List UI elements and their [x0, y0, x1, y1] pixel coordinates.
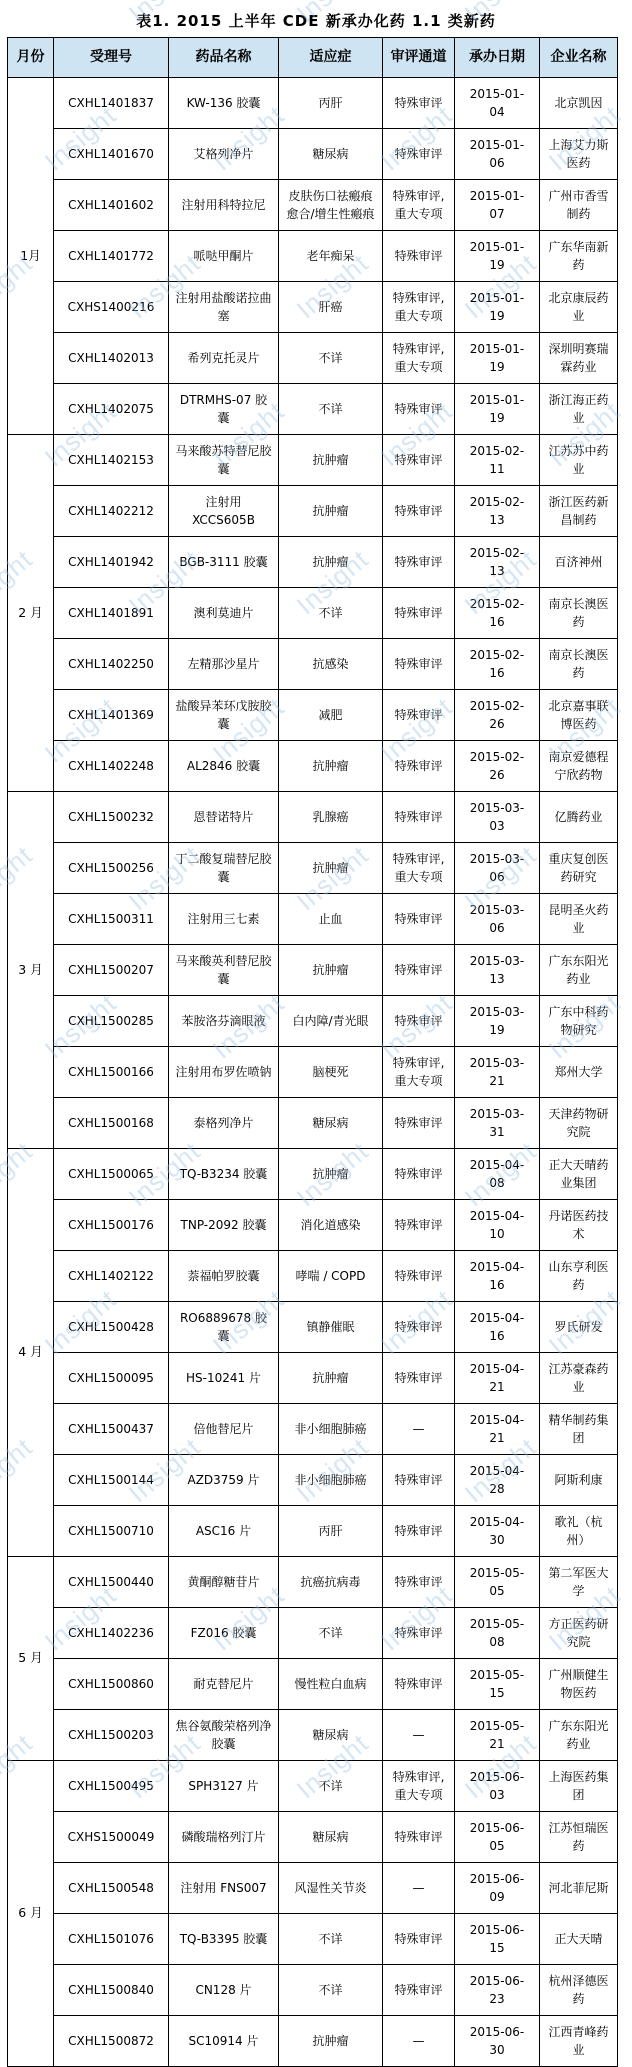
indication-cell: 不详 [279, 384, 383, 435]
accept-date-cell: 2015-03-06 [455, 843, 540, 894]
acceptance-no-cell: CXHL1500232 [54, 792, 169, 843]
indication-cell: 糖尿病 [279, 1812, 383, 1863]
table-row: CXHS1500049磷酸瑞格列汀片糖尿病特殊审评2015-06-05江苏恒瑞医… [8, 1812, 618, 1863]
review-channel-cell: 特殊审评 [383, 1455, 455, 1506]
table-row: 2 月CXHL1402153马来酸苏特替尼胶囊抗肿瘤特殊审评2015-02-11… [8, 435, 618, 486]
accept-date-cell: 2015-02-26 [455, 741, 540, 792]
indication-cell: 不详 [279, 333, 383, 384]
drug-name-cell: 马来酸苏特替尼胶囊 [169, 435, 279, 486]
drug-name-cell: TNP-2092 胶囊 [169, 1200, 279, 1251]
indication-cell: 抗肿瘤 [279, 843, 383, 894]
table-row: CXHL1401891澳利莫迪片不详特殊审评2015-02-16南京长澳医药 [8, 588, 618, 639]
company-cell: 重庆复创医药研究 [540, 843, 618, 894]
acceptance-no-cell: CXHL1402075 [54, 384, 169, 435]
indication-cell: 丙肝 [279, 78, 383, 129]
table-row: CXHL1500872SC10914 片抗肿瘤—2015-06-30江西青峰药业 [8, 2016, 618, 2067]
table-row: CXHL1402250左精那沙星片抗感染特殊审评2015-02-16南京长澳医药 [8, 639, 618, 690]
drug-name-cell: 注射用XCCS605B [169, 486, 279, 537]
company-cell: 南京长澳医药 [540, 639, 618, 690]
indication-cell: 消化道感染 [279, 1200, 383, 1251]
drug-name-cell: 注射用科特拉尼 [169, 180, 279, 231]
drug-name-cell: 丁二酸复瑞替尼胶囊 [169, 843, 279, 894]
review-channel-cell: 特殊审评 [383, 894, 455, 945]
accept-date-cell: 2015-06-30 [455, 2016, 540, 2067]
company-cell: 北京康辰药业 [540, 282, 618, 333]
accept-date-cell: 2015-01-07 [455, 180, 540, 231]
indication-cell: 脑梗死 [279, 1047, 383, 1098]
indication-cell: 不详 [279, 1608, 383, 1659]
table-row: CXHL1501076TQ-B3395 胶囊不详特殊审评2015-06-15正大… [8, 1914, 618, 1965]
drug-name-cell: KW-136 胶囊 [169, 78, 279, 129]
accept-date-cell: 2015-04-30 [455, 1506, 540, 1557]
review-channel-cell: 特殊审评 [383, 945, 455, 996]
company-cell: 广东中科药物研究 [540, 996, 618, 1047]
review-channel-cell: 特殊审评,重大专项 [383, 180, 455, 231]
company-cell: 歌礼（杭州） [540, 1506, 618, 1557]
drug-name-cell: 哌哒甲酮片 [169, 231, 279, 282]
drug-name-cell: 盐酸异苯环戊胺胶囊 [169, 690, 279, 741]
review-channel-cell: 特殊审评 [383, 741, 455, 792]
accept-date-cell: 2015-03-03 [455, 792, 540, 843]
accept-date-cell: 2015-06-23 [455, 1965, 540, 2016]
accept-date-cell: 2015-06-03 [455, 1761, 540, 1812]
accept-date-cell: 2015-04-21 [455, 1353, 540, 1404]
acceptance-no-cell: CXHL1500440 [54, 1557, 169, 1608]
drug-name-cell: 焦谷氨酸荣格列净胶囊 [169, 1710, 279, 1761]
company-cell: 广东东阳光药业 [540, 1710, 618, 1761]
accept-date-cell: 2015-04-28 [455, 1455, 540, 1506]
accept-date-cell: 2015-03-21 [455, 1047, 540, 1098]
company-cell: 北京嘉事联博医药 [540, 690, 618, 741]
review-channel-cell: 特殊审评,重大专项 [383, 1761, 455, 1812]
acceptance-no-cell: CXHL1500437 [54, 1404, 169, 1455]
company-cell: 北京凯因 [540, 78, 618, 129]
indication-cell: 不详 [279, 1761, 383, 1812]
review-channel-cell: 特殊审评,重大专项 [383, 282, 455, 333]
drug-name-cell: HS-10241 片 [169, 1353, 279, 1404]
acceptance-no-cell: CXHL1402212 [54, 486, 169, 537]
indication-cell: 抗肿瘤 [279, 2016, 383, 2067]
acceptance-no-cell: CXHL1500065 [54, 1149, 169, 1200]
acceptance-no-cell: CXHL1500203 [54, 1710, 169, 1761]
company-cell: 山东亨利医药 [540, 1251, 618, 1302]
table-row: CXHL1500144AZD3759 片非小细胞肺癌特殊审评2015-04-28… [8, 1455, 618, 1506]
review-channel-cell: 特殊审评 [383, 1251, 455, 1302]
company-cell: 阿斯利康 [540, 1455, 618, 1506]
review-channel-cell: 特殊审评 [383, 792, 455, 843]
review-channel-cell: 特殊审评 [383, 1098, 455, 1149]
review-channel-cell: 特殊审评 [383, 129, 455, 180]
company-cell: 广州市香雪制药 [540, 180, 618, 231]
drug-table: 月份 受理号 药品名称 适应症 审评通道 承办日期 企业名称 1月CXHL140… [7, 37, 618, 2067]
review-channel-cell: — [383, 1404, 455, 1455]
month-cell: 6 月 [8, 1761, 54, 2067]
col-header-date: 承办日期 [455, 38, 540, 78]
review-channel-cell: 特殊审评 [383, 639, 455, 690]
review-channel-cell: 特殊审评 [383, 231, 455, 282]
accept-date-cell: 2015-01-19 [455, 384, 540, 435]
indication-cell: 白内障/青光眼 [279, 996, 383, 1047]
drug-name-cell: 磷酸瑞格列汀片 [169, 1812, 279, 1863]
company-cell: 精华制药集团 [540, 1404, 618, 1455]
drug-name-cell: 黄酮醇糖苷片 [169, 1557, 279, 1608]
acceptance-no-cell: CXHL1402236 [54, 1608, 169, 1659]
table-body: 1月CXHL1401837KW-136 胶囊丙肝特殊审评2015-01-04北京… [8, 78, 618, 2067]
indication-cell: 止血 [279, 894, 383, 945]
table-row: 3 月CXHL1500232恩替诺特片乳腺癌特殊审评2015-03-03亿腾药业 [8, 792, 618, 843]
table-row: CXHL1500203焦谷氨酸荣格列净胶囊糖尿病—2015-05-21广东东阳光… [8, 1710, 618, 1761]
company-cell: 深圳明赛瑞霖药业 [540, 333, 618, 384]
company-cell: 郑州大学 [540, 1047, 618, 1098]
company-cell: 罗氏研发 [540, 1302, 618, 1353]
accept-date-cell: 2015-03-31 [455, 1098, 540, 1149]
table-row: CXHL1500166注射用布罗佐喷钠脑梗死特殊审评,重大专项2015-03-2… [8, 1047, 618, 1098]
drug-name-cell: SC10914 片 [169, 2016, 279, 2067]
review-channel-cell: 特殊审评 [383, 1353, 455, 1404]
accept-date-cell: 2015-03-13 [455, 945, 540, 996]
company-cell: 正大天晴药业集团 [540, 1149, 618, 1200]
review-channel-cell: 特殊审评 [383, 690, 455, 741]
table-row: 4 月CXHL1500065TQ-B3234 胶囊抗肿瘤特殊审评2015-04-… [8, 1149, 618, 1200]
indication-cell: 抗肿瘤 [279, 741, 383, 792]
review-channel-cell: 特殊审评 [383, 1659, 455, 1710]
month-cell: 1月 [8, 78, 54, 435]
review-channel-cell: 特殊审评 [383, 588, 455, 639]
table-row: CXHL1402122萘福帕罗胶囊哮喘 / COPD特殊审评2015-04-16… [8, 1251, 618, 1302]
company-cell: 广州顺健生物医药 [540, 1659, 618, 1710]
company-cell: 南京长澳医药 [540, 588, 618, 639]
accept-date-cell: 2015-05-05 [455, 1557, 540, 1608]
acceptance-no-cell: CXHL1500872 [54, 2016, 169, 2067]
drug-name-cell: 恩替诺特片 [169, 792, 279, 843]
acceptance-no-cell: CXHL1402248 [54, 741, 169, 792]
col-header-channel: 审评通道 [383, 38, 455, 78]
acceptance-no-cell: CXHL1500548 [54, 1863, 169, 1914]
accept-date-cell: 2015-06-15 [455, 1914, 540, 1965]
review-channel-cell: — [383, 1863, 455, 1914]
drug-name-cell: DTRMHS-07 胶囊 [169, 384, 279, 435]
page: InsightInsightInsightInsightInsightInsig… [0, 0, 632, 2067]
indication-cell: 抗肿瘤 [279, 1149, 383, 1200]
drug-name-cell: ASC16 片 [169, 1506, 279, 1557]
accept-date-cell: 2015-01-19 [455, 282, 540, 333]
table-row: CXHL1500168泰格列净片糖尿病特殊审评2015-03-31天津药物研究院 [8, 1098, 618, 1149]
drug-name-cell: AL2846 胶囊 [169, 741, 279, 792]
table-row: CXHL1500095HS-10241 片抗肿瘤特殊审评2015-04-21江苏… [8, 1353, 618, 1404]
accept-date-cell: 2015-05-15 [455, 1659, 540, 1710]
table-row: CXHS1400216注射用盐酸诺拉曲塞肝癌特殊审评,重大专项2015-01-1… [8, 282, 618, 333]
drug-name-cell: RO6889678 胶囊 [169, 1302, 279, 1353]
acceptance-no-cell: CXHL1501076 [54, 1914, 169, 1965]
indication-cell: 抗感染 [279, 639, 383, 690]
acceptance-no-cell: CXHL1500840 [54, 1965, 169, 2016]
drug-name-cell: 注射用 FNS007 [169, 1863, 279, 1914]
table-row: CXHL1402212注射用XCCS605B抗肿瘤特殊审评2015-02-13浙… [8, 486, 618, 537]
company-cell: 天津药物研究院 [540, 1098, 618, 1149]
company-cell: 亿腾药业 [540, 792, 618, 843]
drug-name-cell: SPH3127 片 [169, 1761, 279, 1812]
table-row: CXHL1500437倍他替尼片非小细胞肺癌—2015-04-21精华制药集团 [8, 1404, 618, 1455]
accept-date-cell: 2015-02-13 [455, 486, 540, 537]
acceptance-no-cell: CXHL1401891 [54, 588, 169, 639]
indication-cell: 不详 [279, 1965, 383, 2016]
table-row: CXHL1500840CN128 片不详特殊审评2015-06-23杭州泽德医药 [8, 1965, 618, 2016]
acceptance-no-cell: CXHL1401670 [54, 129, 169, 180]
acceptance-no-cell: CXHL1500144 [54, 1455, 169, 1506]
acceptance-no-cell: CXHL1500285 [54, 996, 169, 1047]
review-channel-cell: 特殊审评 [383, 1149, 455, 1200]
indication-cell: 抗肿瘤 [279, 945, 383, 996]
table-row: CXHL1500256丁二酸复瑞替尼胶囊抗肿瘤特殊审评,重大专项2015-03-… [8, 843, 618, 894]
acceptance-no-cell: CXHL1500311 [54, 894, 169, 945]
acceptance-no-cell: CXHL1500710 [54, 1506, 169, 1557]
review-channel-cell: 特殊审评,重大专项 [383, 843, 455, 894]
acceptance-no-cell: CXHL1500428 [54, 1302, 169, 1353]
indication-cell: 乳腺癌 [279, 792, 383, 843]
col-header-month: 月份 [8, 38, 54, 78]
drug-name-cell: CN128 片 [169, 1965, 279, 2016]
company-cell: 广东东阳光药业 [540, 945, 618, 996]
drug-name-cell: 左精那沙星片 [169, 639, 279, 690]
table-row: CXHL1402075DTRMHS-07 胶囊不详特殊审评2015-01-19浙… [8, 384, 618, 435]
drug-name-cell: TQ-B3234 胶囊 [169, 1149, 279, 1200]
review-channel-cell: 特殊审评 [383, 1506, 455, 1557]
indication-cell: 抗肿瘤 [279, 537, 383, 588]
company-cell: 广东华南新药 [540, 231, 618, 282]
review-channel-cell: 特殊审评 [383, 1914, 455, 1965]
review-channel-cell: 特殊审评 [383, 1557, 455, 1608]
review-channel-cell: 特殊审评 [383, 1965, 455, 2016]
indication-cell: 慢性粒白血病 [279, 1659, 383, 1710]
indication-cell: 风湿性关节炎 [279, 1863, 383, 1914]
indication-cell: 减肥 [279, 690, 383, 741]
accept-date-cell: 2015-03-06 [455, 894, 540, 945]
drug-name-cell: 希列克托灵片 [169, 333, 279, 384]
drug-name-cell: 倍他替尼片 [169, 1404, 279, 1455]
accept-date-cell: 2015-05-21 [455, 1710, 540, 1761]
acceptance-no-cell: CXHL1500256 [54, 843, 169, 894]
table-row: CXHL1500311注射用三七素止血特殊审评2015-03-06昆明圣火药业 [8, 894, 618, 945]
col-header-drug: 药品名称 [169, 38, 279, 78]
acceptance-no-cell: CXHL1401602 [54, 180, 169, 231]
indication-cell: 糖尿病 [279, 129, 383, 180]
table-row: CXHL1401772哌哒甲酮片老年痴呆特殊审评2015-01-19广东华南新药 [8, 231, 618, 282]
accept-date-cell: 2015-03-19 [455, 996, 540, 1047]
company-cell: 百济神州 [540, 537, 618, 588]
table-row: CXHL1500428RO6889678 胶囊镇静催眠特殊审评2015-04-1… [8, 1302, 618, 1353]
company-cell: 丹诺医药技术 [540, 1200, 618, 1251]
review-channel-cell: 特殊审评 [383, 435, 455, 486]
indication-cell: 非小细胞肺癌 [279, 1404, 383, 1455]
table-row: CXHL1500548注射用 FNS007风湿性关节炎—2015-06-09河北… [8, 1863, 618, 1914]
drug-name-cell: 注射用盐酸诺拉曲塞 [169, 282, 279, 333]
drug-name-cell: TQ-B3395 胶囊 [169, 1914, 279, 1965]
company-cell: 昆明圣火药业 [540, 894, 618, 945]
indication-cell: 非小细胞肺癌 [279, 1455, 383, 1506]
review-channel-cell: 特殊审评 [383, 996, 455, 1047]
company-cell: 江苏苏中药业 [540, 435, 618, 486]
drug-name-cell: FZ016 胶囊 [169, 1608, 279, 1659]
drug-name-cell: 马来酸英利替尼胶囊 [169, 945, 279, 996]
table-row: 6 月CXHL1500495SPH3127 片不详特殊审评,重大专项2015-0… [8, 1761, 618, 1812]
review-channel-cell: — [383, 1710, 455, 1761]
review-channel-cell: 特殊审评 [383, 1200, 455, 1251]
acceptance-no-cell: CXHL1402013 [54, 333, 169, 384]
indication-cell: 糖尿病 [279, 1710, 383, 1761]
drug-name-cell: 澳利莫迪片 [169, 588, 279, 639]
drug-name-cell: 萘福帕罗胶囊 [169, 1251, 279, 1302]
accept-date-cell: 2015-04-16 [455, 1251, 540, 1302]
accept-date-cell: 2015-06-09 [455, 1863, 540, 1914]
table-row: CXHL1402013希列克托灵片不详特殊审评,重大专项2015-01-19深圳… [8, 333, 618, 384]
col-header-company: 企业名称 [540, 38, 618, 78]
accept-date-cell: 2015-02-26 [455, 690, 540, 741]
table-row: CXHL1500176TNP-2092 胶囊消化道感染特殊审评2015-04-1… [8, 1200, 618, 1251]
acceptance-no-cell: CXHS1500049 [54, 1812, 169, 1863]
accept-date-cell: 2015-04-10 [455, 1200, 540, 1251]
company-cell: 江西青峰药业 [540, 2016, 618, 2067]
review-channel-cell: 特殊审评,重大专项 [383, 333, 455, 384]
acceptance-no-cell: CXHL1401369 [54, 690, 169, 741]
acceptance-no-cell: CXHL1500168 [54, 1098, 169, 1149]
indication-cell: 肝癌 [279, 282, 383, 333]
drug-name-cell: 泰格列净片 [169, 1098, 279, 1149]
acceptance-no-cell: CXHL1500166 [54, 1047, 169, 1098]
drug-name-cell: 注射用布罗佐喷钠 [169, 1047, 279, 1098]
accept-date-cell: 2015-04-08 [455, 1149, 540, 1200]
acceptance-no-cell: CXHL1500207 [54, 945, 169, 996]
indication-cell: 丙肝 [279, 1506, 383, 1557]
accept-date-cell: 2015-01-06 [455, 129, 540, 180]
indication-cell: 抗肿瘤 [279, 486, 383, 537]
drug-name-cell: 苯胺洛芬滴眼液 [169, 996, 279, 1047]
table-row: CXHL1500207马来酸英利替尼胶囊抗肿瘤特殊审评2015-03-13广东东… [8, 945, 618, 996]
col-header-indication: 适应症 [279, 38, 383, 78]
drug-name-cell: 耐克替尼片 [169, 1659, 279, 1710]
accept-date-cell: 2015-02-11 [455, 435, 540, 486]
acceptance-no-cell: CXHS1400216 [54, 282, 169, 333]
company-cell: 江苏豪森药业 [540, 1353, 618, 1404]
acceptance-no-cell: CXHL1500095 [54, 1353, 169, 1404]
company-cell: 杭州泽德医药 [540, 1965, 618, 2016]
month-cell: 4 月 [8, 1149, 54, 1557]
accept-date-cell: 2015-01-19 [455, 231, 540, 282]
accept-date-cell: 2015-02-16 [455, 588, 540, 639]
indication-cell: 老年痴呆 [279, 231, 383, 282]
table-row: CXHL1401602注射用科特拉尼皮肤伤口祛瘢痕愈合/增生性瘢痕特殊审评,重大… [8, 180, 618, 231]
indication-cell: 哮喘 / COPD [279, 1251, 383, 1302]
company-cell: 南京爱德程宁欣药物 [540, 741, 618, 792]
accept-date-cell: 2015-02-16 [455, 639, 540, 690]
acceptance-no-cell: CXHL1401942 [54, 537, 169, 588]
company-cell: 浙江海正药业 [540, 384, 618, 435]
accept-date-cell: 2015-04-16 [455, 1302, 540, 1353]
month-cell: 2 月 [8, 435, 54, 792]
accept-date-cell: 2015-05-08 [455, 1608, 540, 1659]
table-row: 5 月CXHL1500440黄酮醇糖苷片抗癌抗病毒特殊审评2015-05-05第… [8, 1557, 618, 1608]
drug-name-cell: AZD3759 片 [169, 1455, 279, 1506]
company-cell: 江苏恒瑞医药 [540, 1812, 618, 1863]
review-channel-cell: 特殊审评 [383, 1302, 455, 1353]
table-row: CXHL1500860耐克替尼片慢性粒白血病特殊审评2015-05-15广州顺健… [8, 1659, 618, 1710]
acceptance-no-cell: CXHL1500176 [54, 1200, 169, 1251]
table-row: CXHL1402236FZ016 胶囊不详特殊审评2015-05-08方正医药研… [8, 1608, 618, 1659]
company-cell: 河北菲尼斯 [540, 1863, 618, 1914]
acceptance-no-cell: CXHL1402153 [54, 435, 169, 486]
company-cell: 第二军医大学 [540, 1557, 618, 1608]
indication-cell: 抗肿瘤 [279, 1353, 383, 1404]
drug-name-cell: 艾格列净片 [169, 129, 279, 180]
indication-cell: 糖尿病 [279, 1098, 383, 1149]
table-row: CXHL1500710ASC16 片丙肝特殊审评2015-04-30歌礼（杭州） [8, 1506, 618, 1557]
acceptance-no-cell: CXHL1402250 [54, 639, 169, 690]
indication-cell: 镇静催眠 [279, 1302, 383, 1353]
indication-cell: 不详 [279, 588, 383, 639]
acceptance-no-cell: CXHL1500860 [54, 1659, 169, 1710]
month-cell: 3 月 [8, 792, 54, 1149]
company-cell: 浙江医药新昌制药 [540, 486, 618, 537]
review-channel-cell: 特殊审评 [383, 537, 455, 588]
drug-name-cell: BGB-3111 胶囊 [169, 537, 279, 588]
table-row: CXHL1500285苯胺洛芬滴眼液白内障/青光眼特殊审评2015-03-19广… [8, 996, 618, 1047]
page-title: 表1. 2015 上半年 CDE 新承办化药 1.1 类新药 [0, 10, 632, 31]
acceptance-no-cell: CXHL1401772 [54, 231, 169, 282]
indication-cell: 抗肿瘤 [279, 435, 383, 486]
acceptance-no-cell: CXHL1401837 [54, 78, 169, 129]
accept-date-cell: 2015-02-13 [455, 537, 540, 588]
company-cell: 上海医药集团 [540, 1761, 618, 1812]
accept-date-cell: 2015-01-19 [455, 333, 540, 384]
table-row: 1月CXHL1401837KW-136 胶囊丙肝特殊审评2015-01-04北京… [8, 78, 618, 129]
table-row: CXHL1401670艾格列净片糖尿病特殊审评2015-01-06上海艾力斯医药 [8, 129, 618, 180]
accept-date-cell: 2015-06-05 [455, 1812, 540, 1863]
table-row: CXHL1402248AL2846 胶囊抗肿瘤特殊审评2015-02-26南京爱… [8, 741, 618, 792]
review-channel-cell: 特殊审评 [383, 1608, 455, 1659]
review-channel-cell: 特殊审评 [383, 384, 455, 435]
indication-cell: 抗癌抗病毒 [279, 1557, 383, 1608]
header-row: 月份 受理号 药品名称 适应症 审评通道 承办日期 企业名称 [8, 38, 618, 78]
accept-date-cell: 2015-01-04 [455, 78, 540, 129]
table-row: CXHL1401942BGB-3111 胶囊抗肿瘤特殊审评2015-02-13百… [8, 537, 618, 588]
review-channel-cell: 特殊审评 [383, 78, 455, 129]
company-cell: 方正医药研究院 [540, 1608, 618, 1659]
review-channel-cell: 特殊审评 [383, 1812, 455, 1863]
review-channel-cell: 特殊审评 [383, 486, 455, 537]
acceptance-no-cell: CXHL1402122 [54, 1251, 169, 1302]
month-cell: 5 月 [8, 1557, 54, 1761]
table-row: CXHL1401369盐酸异苯环戊胺胶囊减肥特殊审评2015-02-26北京嘉事… [8, 690, 618, 741]
acceptance-no-cell: CXHL1500495 [54, 1761, 169, 1812]
accept-date-cell: 2015-04-21 [455, 1404, 540, 1455]
col-header-acceptance: 受理号 [54, 38, 169, 78]
review-channel-cell: — [383, 2016, 455, 2067]
drug-name-cell: 注射用三七素 [169, 894, 279, 945]
indication-cell: 皮肤伤口祛瘢痕愈合/增生性瘢痕 [279, 180, 383, 231]
indication-cell: 不详 [279, 1914, 383, 1965]
review-channel-cell: 特殊审评,重大专项 [383, 1047, 455, 1098]
company-cell: 正大天晴 [540, 1914, 618, 1965]
company-cell: 上海艾力斯医药 [540, 129, 618, 180]
